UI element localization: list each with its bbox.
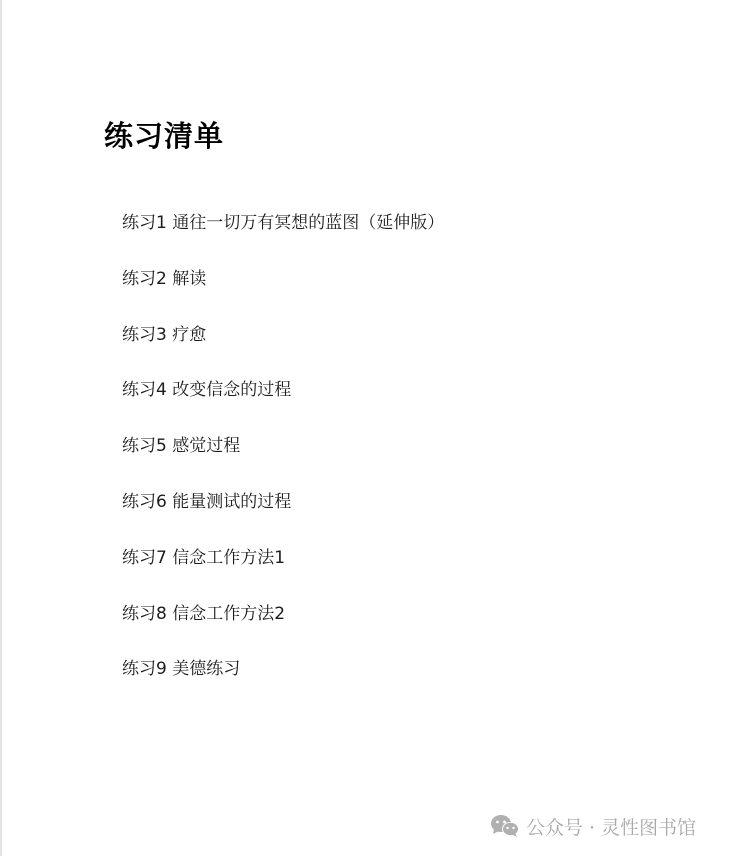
exercise-item-5: 练习5 感觉过程	[122, 432, 444, 488]
page-title: 练习清单	[104, 116, 224, 156]
exercise-item-9: 练习9 美德练习	[122, 655, 444, 711]
page-left-edge	[0, 0, 2, 856]
exercise-item-7: 练习7 信念工作方法1	[122, 544, 444, 600]
exercise-list: 练习1 通往一切万有冥想的蓝图（延伸版） 练习2 解读 练习3 疗愈 练习4 改…	[122, 209, 444, 711]
exercise-item-8: 练习8 信念工作方法2	[122, 600, 444, 656]
watermark-text: 公众号 · 灵性图书馆	[526, 813, 696, 840]
exercise-item-1: 练习1 通往一切万有冥想的蓝图（延伸版）	[122, 209, 444, 265]
exercise-item-4: 练习4 改变信念的过程	[122, 376, 444, 432]
wechat-icon	[490, 814, 520, 838]
exercise-item-2: 练习2 解读	[122, 265, 444, 321]
watermark: 公众号 · 灵性图书馆	[490, 812, 696, 840]
exercise-item-3: 练习3 疗愈	[122, 321, 444, 377]
exercise-item-6: 练习6 能量测试的过程	[122, 488, 444, 544]
